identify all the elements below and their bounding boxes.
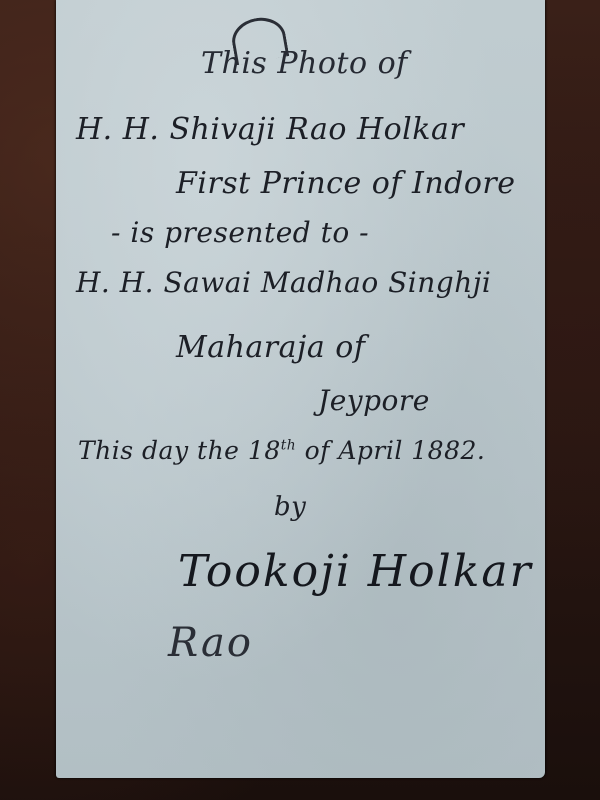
signature-line-2: Rao <box>168 620 253 666</box>
inscription-date-line: This day the 18th of April 1882. <box>78 436 485 465</box>
inscription-line-title: First Prince of Indore <box>176 166 516 201</box>
inscription-line-recipient-title: Maharaja of <box>176 330 365 365</box>
inscription-line-presented: - is presented to - <box>111 216 369 249</box>
inscription-by: by <box>274 492 306 522</box>
inscription-line-place: Jeypore <box>318 384 430 417</box>
inscription-line-1: This Photo of <box>201 46 408 81</box>
date-superscript: th <box>281 438 296 454</box>
signature-line-1: Tookoji Holkar <box>178 546 533 597</box>
inscription-line-recipient: H. H. Sawai Madhao Singhji <box>76 266 491 299</box>
date-prefix: This day the 18 <box>78 436 281 465</box>
inscription-line-subject: H. H. Shivaji Rao Holkar <box>76 112 464 147</box>
date-suffix: of April 1882. <box>296 436 485 465</box>
presentation-card: This Photo of H. H. Shivaji Rao Holkar F… <box>56 0 545 778</box>
